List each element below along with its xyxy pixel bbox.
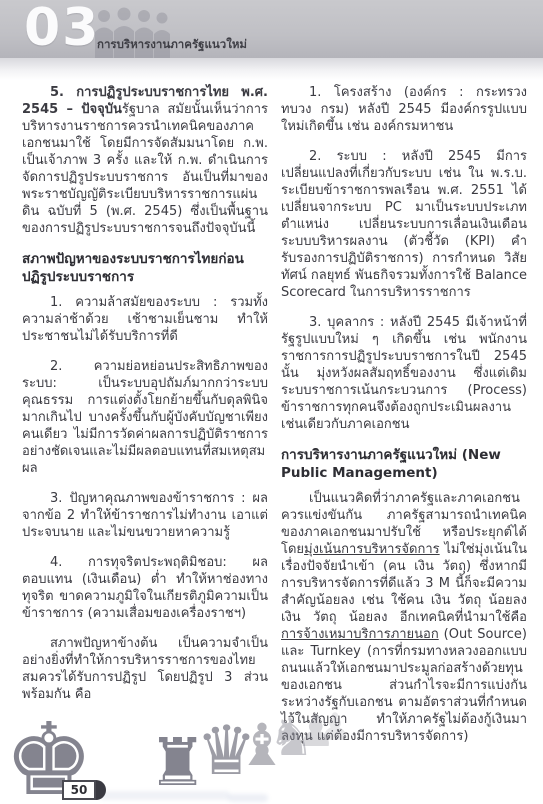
reform-part-personnel: 3. บุคลากร : หลังปี 2545 มีเจ้าหน้าที่รั… bbox=[281, 314, 527, 433]
chapter-number: 03 bbox=[24, 2, 100, 54]
reform-part-structure: 1. โครงสร้าง (องค์กร : กระทรวง ทบวง กรม)… bbox=[281, 84, 527, 135]
problem-item-4: 4. การทุจริตประพฤติมิชอบ: ผลตอบแทน (เงิน… bbox=[22, 554, 268, 622]
paragraph-closing: สภาพปัญหาข้างต้น เป็นความจำเป็นอย่างยิ่ง… bbox=[22, 635, 268, 703]
print-bleed-through bbox=[100, 791, 230, 800]
paragraph-reform-rest: รัฐบาล สมัยนั้นเห็นว่าการบริหารงานราชการ… bbox=[22, 102, 268, 236]
chapter-title: การบริหารงานภาครัฐแนวใหม่ bbox=[97, 36, 247, 54]
page-content: 5. การปฏิรูประบบราชการไทย พ.ศ. 2545 – ปั… bbox=[22, 84, 527, 758]
npm-segment-underlined-2: การจ้างเหมาบริการภายนอก bbox=[281, 627, 439, 642]
problem-item-3: 3. ปัญหาคุณภาพของข้าราชการ : ผลจากข้อ 2 … bbox=[22, 490, 268, 541]
chapter-header-fade bbox=[0, 58, 543, 80]
book-page: 03 การบริหารงานภาครัฐแนวใหม่ 5. การปฏิรู… bbox=[0, 0, 543, 804]
paragraph-reform-2545: 5. การปฏิรูประบบราชการไทย พ.ศ. 2545 – ปั… bbox=[22, 84, 268, 237]
npm-segment-3: (Out Source) และ Turnkey (การที่กรมทางหล… bbox=[281, 627, 527, 744]
reform-part-system: 2. ระบบ : หลังปี 2545 มีการเปลี่ยนแปลงที… bbox=[281, 148, 527, 301]
problem-item-2: 2. ความย่อหย่อนประสิทธิภาพของระบบ: เป็นร… bbox=[22, 358, 268, 477]
left-column: 5. การปฏิรูประบบราชการไทย พ.ศ. 2545 – ปั… bbox=[22, 84, 268, 758]
print-bleed-through bbox=[228, 794, 268, 802]
npm-segment-underlined-1: มุ่งเน้นการบริหารจัดการ bbox=[304, 542, 440, 557]
page-number: 50 bbox=[62, 780, 96, 800]
paragraph-npm: เป็นแนวคิดที่ว่าภาครัฐและภาคเอกชนควรแข่ง… bbox=[281, 490, 527, 745]
section-heading-npm: การบริหารงานภาครัฐแนวใหม่ (New Public Ma… bbox=[281, 446, 527, 482]
right-column: 1. โครงสร้าง (องค์กร : กระทรวง ทบวง กรม)… bbox=[281, 84, 527, 758]
section-heading-problems: สภาพปัญหาของระบบราชการไทยก่อนปฏิรูประบบร… bbox=[22, 250, 268, 286]
problem-item-1: 1. ความล้าสมัยของระบบ : รวมทั้งความล่าช้… bbox=[22, 294, 268, 345]
